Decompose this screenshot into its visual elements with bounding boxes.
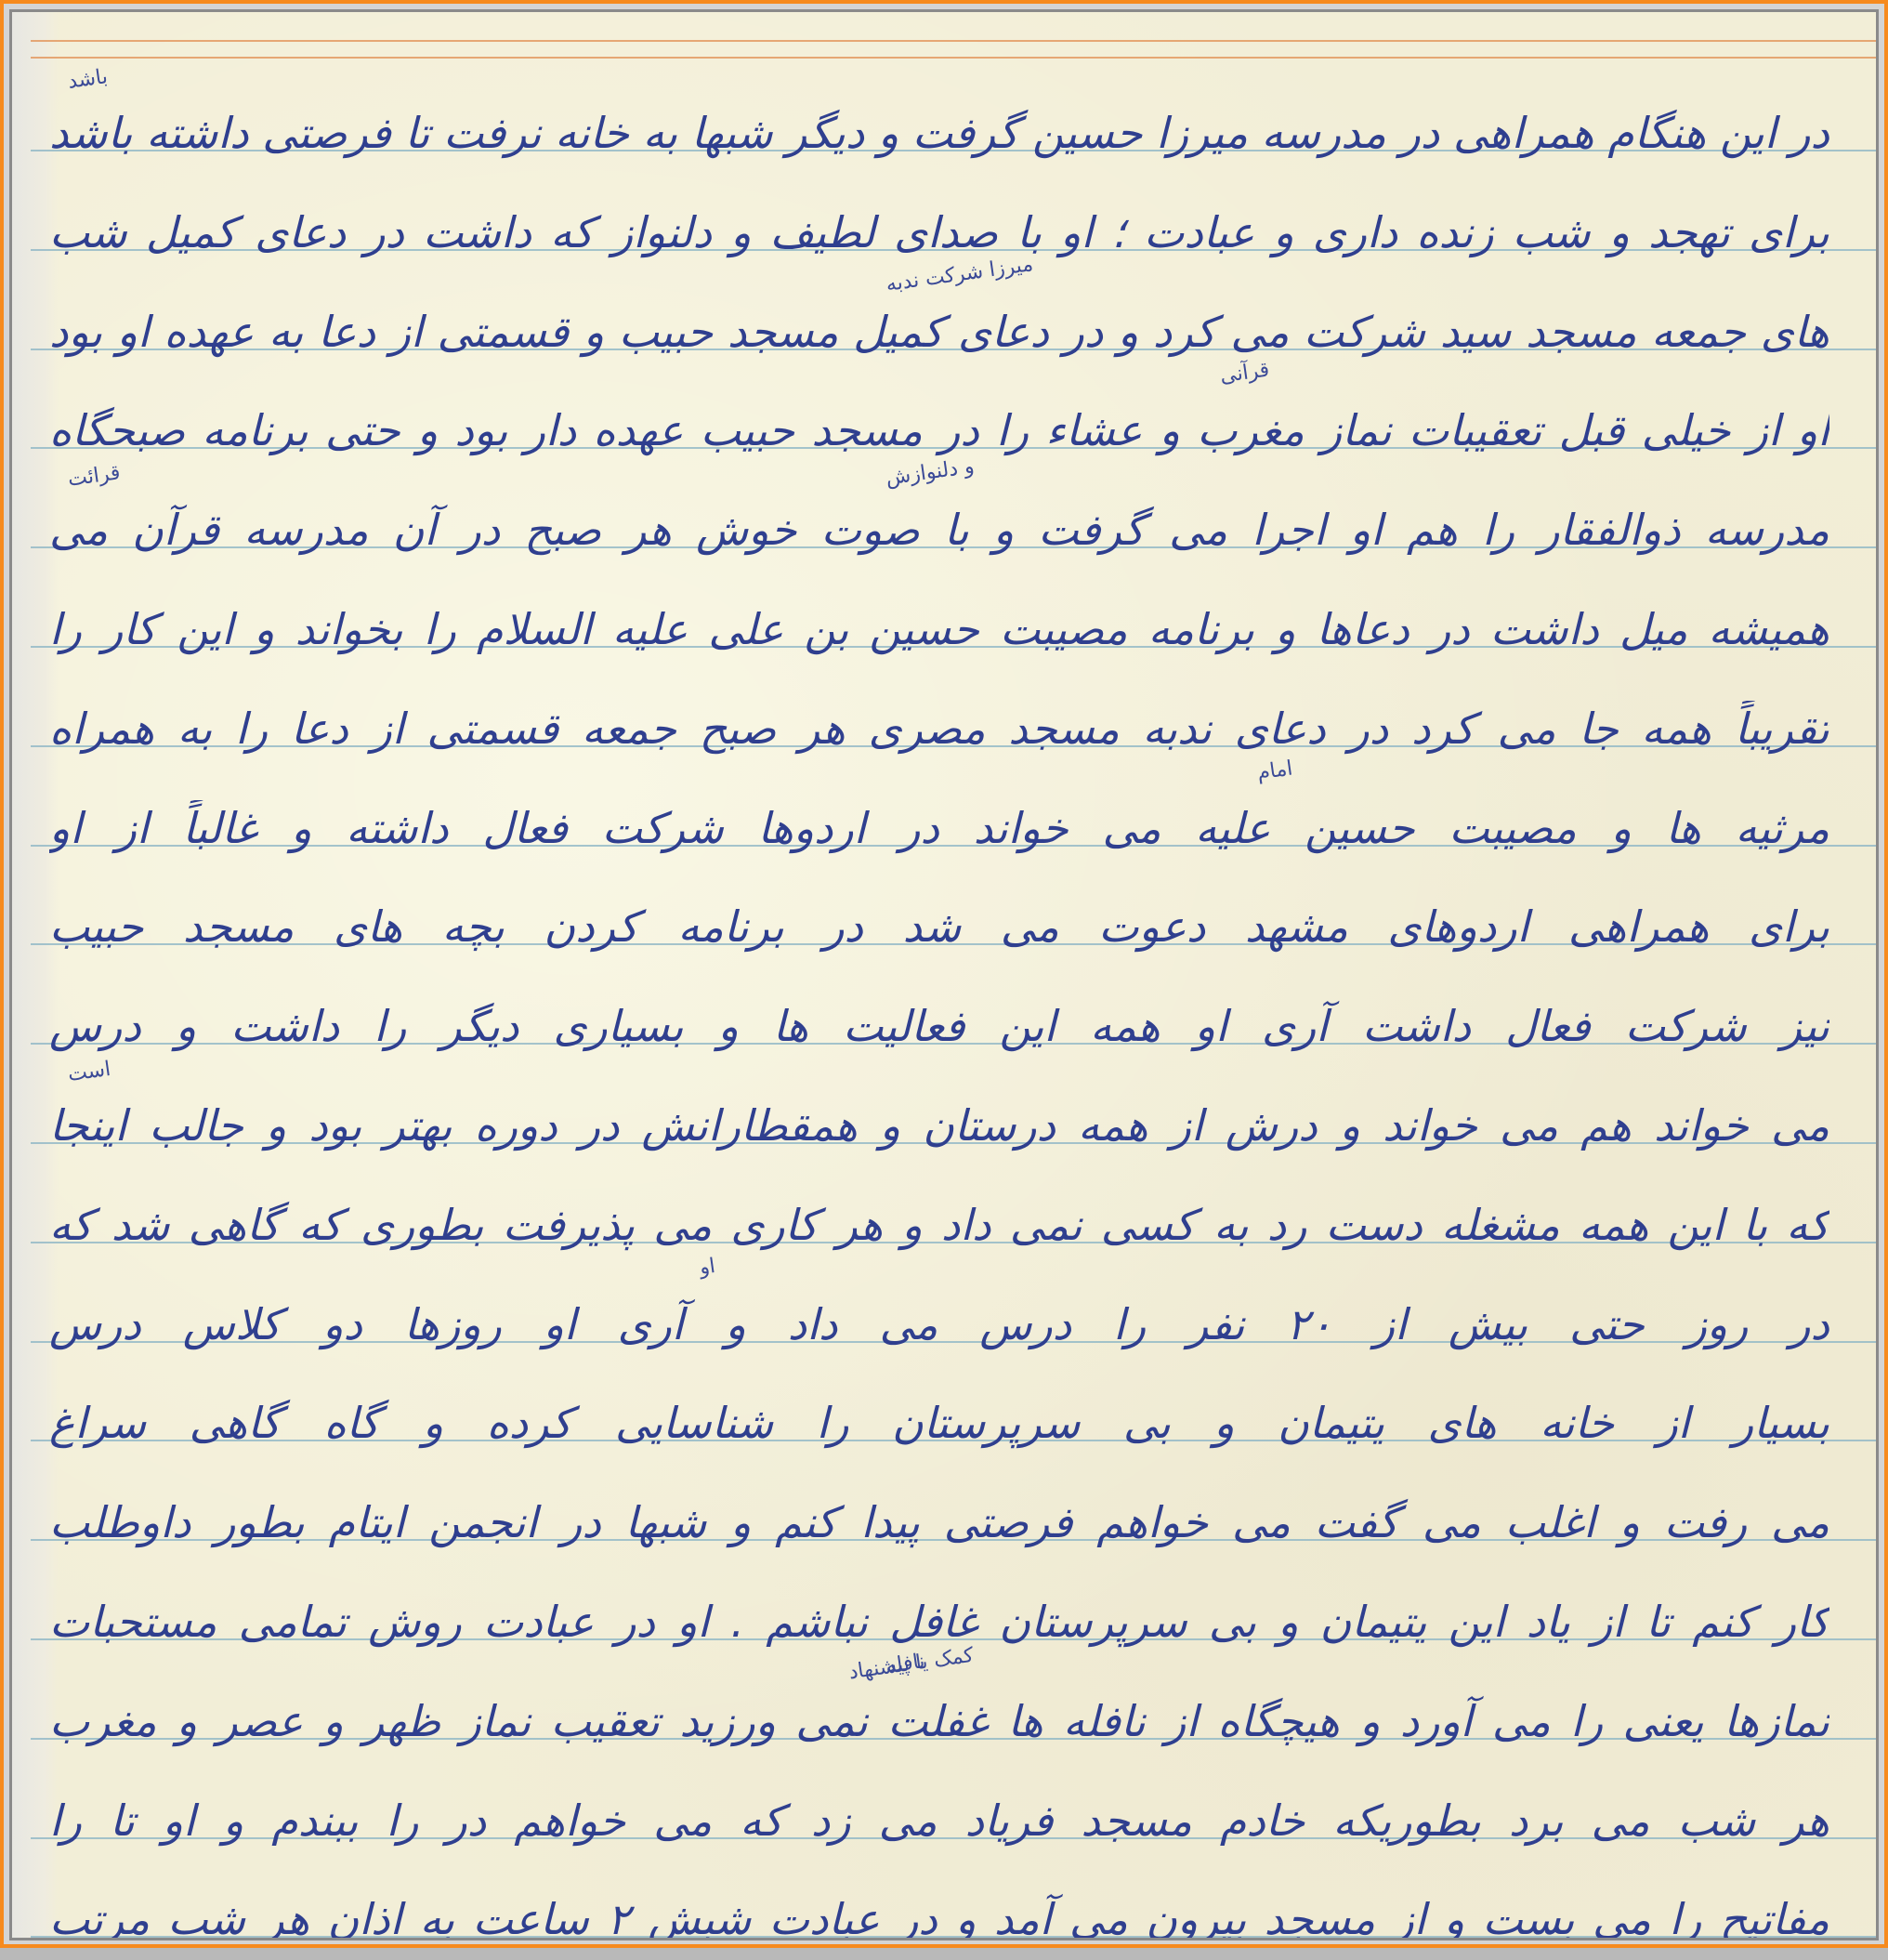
handwritten-line: کار کنم تا از یاد این یتیمان و بی سرپرست… <box>49 1594 1829 1650</box>
handwritten-line: برای همراهی اردوهای مشهد دعوت می شد در ب… <box>49 899 1829 954</box>
handwritten-line: که با این همه مشغله دست رد به کسی نمی دا… <box>49 1197 1829 1253</box>
handwritten-line: او از خیلی قبل تعقیبات نماز مغرب و عشاء … <box>49 402 1829 458</box>
scanned-page: در این هنگام همراهی در مدرسه میرزا حسین … <box>9 9 1879 1940</box>
handwritten-line: در این هنگام همراهی در مدرسه میرزا حسین … <box>49 105 1829 161</box>
handwritten-line: در روز حتی بیش از ۲۰ نفر را درس می داد و… <box>49 1296 1829 1352</box>
handwritten-line: مدرسه ذوالفقار را هم او اجرا می گرفت و ب… <box>49 502 1829 558</box>
handwritten-line: هر شب می برد بطوریکه خادم مسجد فریاد می … <box>49 1793 1829 1848</box>
handwritten-line: بسیار از خانه های یتیمان و بی سرپرستان ر… <box>49 1395 1829 1451</box>
handwritten-line: می خواند هم می خواند و درش از همه درستان… <box>49 1098 1829 1153</box>
handwritten-line: می رفت و اغلب می گفت می خواهم فرصتی پیدا… <box>49 1494 1829 1550</box>
page-frame: در این هنگام همراهی در مدرسه میرزا حسین … <box>0 0 1888 1948</box>
handwritten-line: همیشه میل داشت در دعاها و برنامه مصیبت ح… <box>49 601 1829 657</box>
margin-annotation: امام <box>1255 756 1293 784</box>
handwritten-line: مفاتیح را می بست و از مسجد بیرون می آمد … <box>49 1891 1829 1940</box>
header-rule-top <box>31 40 1876 42</box>
handwritten-line: برای تهجد و شب زنده داری و عبادت ؛ او با… <box>49 204 1829 260</box>
handwritten-line: مرثیه ها و مصیبت حسین علیه می خواند در ا… <box>49 800 1829 856</box>
margin-annotation: او <box>698 1255 716 1280</box>
handwritten-line: تقریباً همه جا می کرد در دعای ندبه مسجد … <box>49 701 1829 756</box>
handwritten-line: نیز شرکت فعال داشت آری او همه این فعالیت… <box>49 998 1829 1054</box>
handwritten-line: های جمعه مسجد سید شرکت می کرد و در دعای … <box>49 304 1829 360</box>
handwritten-line: نمازها یعنی را می آورد و هیچگاه از نافله… <box>49 1693 1829 1749</box>
header-rule-bottom <box>31 57 1876 59</box>
